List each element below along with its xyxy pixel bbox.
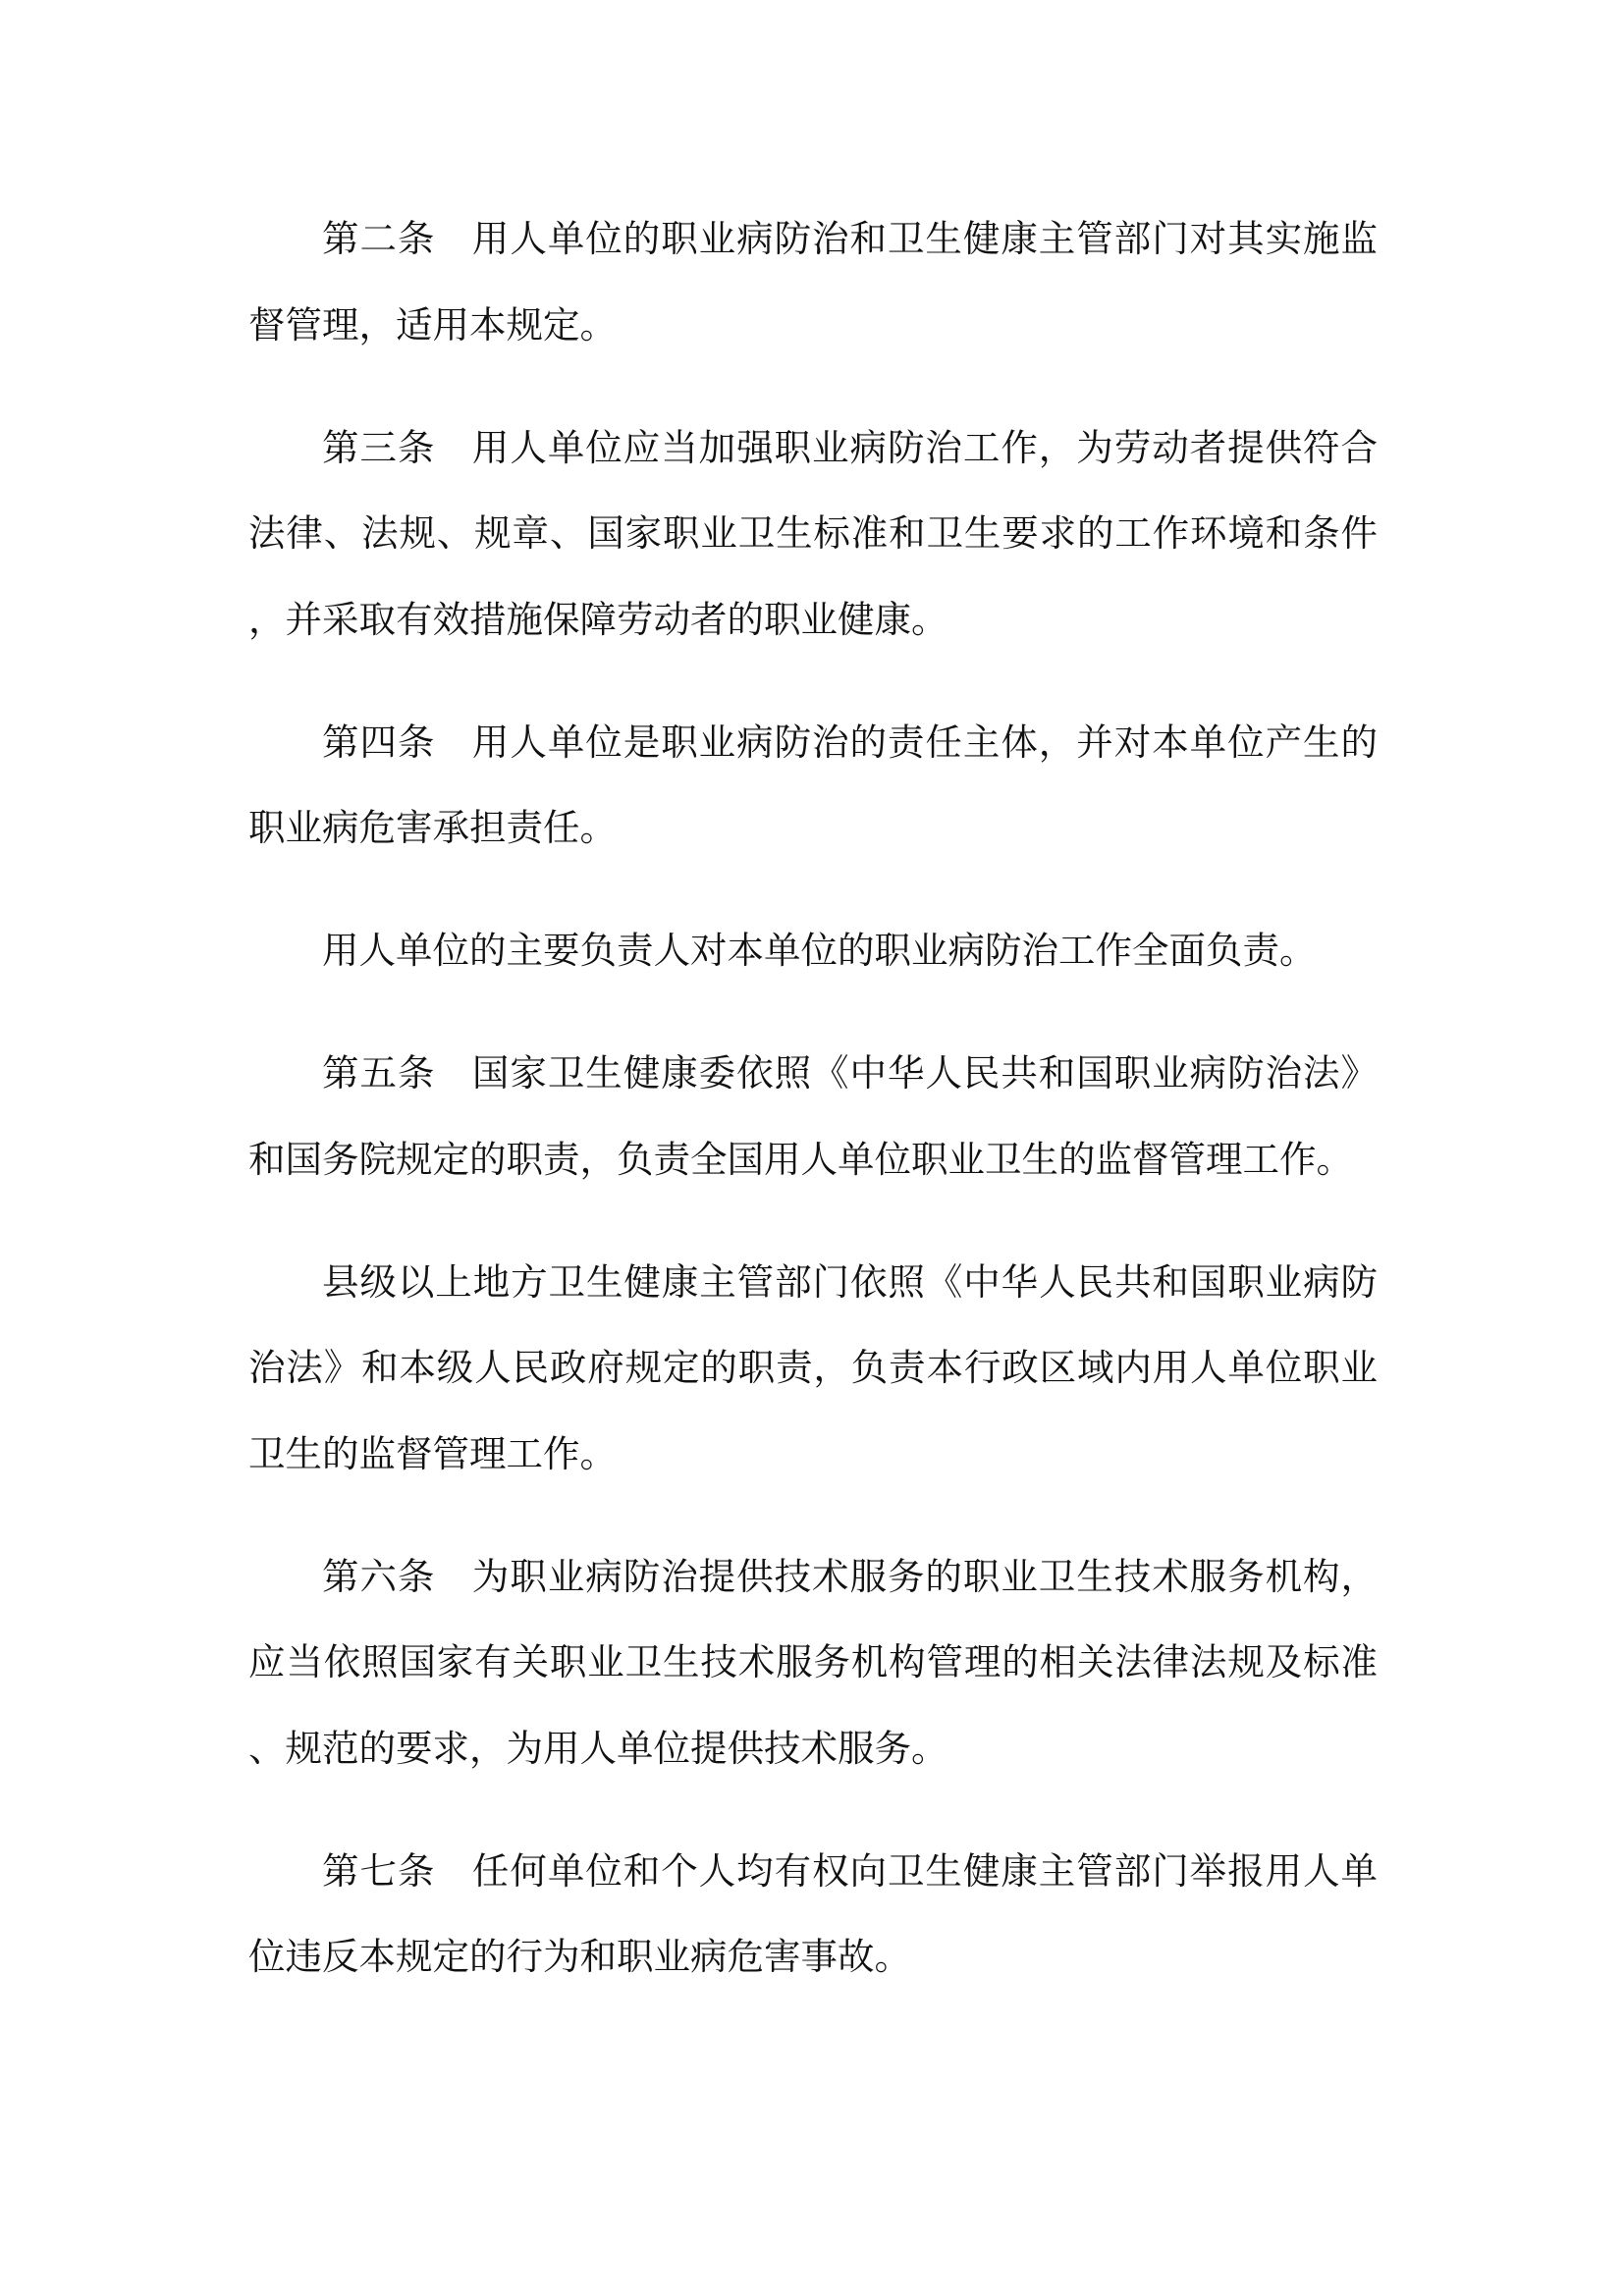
article-number: 第三条 bbox=[322, 426, 435, 469]
article-number: 第四条 bbox=[322, 721, 435, 764]
article-number: 第七条 bbox=[322, 1849, 435, 1893]
article-number: 第五条 bbox=[322, 1051, 435, 1095]
article-7-paragraph: 第七条任何单位和个人均有权向卫生健康主管部门举报用人单位违反本规定的行为和职业病… bbox=[248, 1829, 1378, 2001]
article-number: 第六条 bbox=[322, 1555, 435, 1598]
article-5-paragraph: 第五条国家卫生健康委依照《中华人民共和国职业病防治法》和国务院规定的职责，负责全… bbox=[248, 1031, 1378, 1202]
article-3-paragraph: 第三条用人单位应当加强职业病防治工作，为劳动者提供符合法律、法规、规章、国家职业… bbox=[248, 405, 1378, 664]
document-body: 第二条用人单位的职业病防治和卫生健康主管部门对其实施监督管理，适用本规定。 第三… bbox=[248, 196, 1378, 2037]
article-4-paragraph: 第四条用人单位是职业病防治的责任主体，并对本单位产生的职业病危害承担责任。 bbox=[248, 700, 1378, 872]
article-2-paragraph: 第二条用人单位的职业病防治和卫生健康主管部门对其实施监督管理，适用本规定。 bbox=[248, 196, 1378, 368]
article-4-clause-2-paragraph: 用人单位的主要负责人对本单位的职业病防治工作全面负责。 bbox=[248, 908, 1378, 994]
article-6-paragraph: 第六条为职业病防治提供技术服务的职业卫生技术服务机构，应当依照国家有关职业卫生技… bbox=[248, 1534, 1378, 1792]
clause-text: 县级以上地方卫生健康主管部门依照《中华人民共和国职业病防治法》和本级人民政府规定… bbox=[248, 1260, 1378, 1475]
article-5-clause-2-paragraph: 县级以上地方卫生健康主管部门依照《中华人民共和国职业病防治法》和本级人民政府规定… bbox=[248, 1240, 1378, 1498]
article-number: 第二条 bbox=[322, 217, 435, 260]
document-page: 第二条用人单位的职业病防治和卫生健康主管部门对其实施监督管理，适用本规定。 第三… bbox=[0, 0, 1624, 2296]
clause-text: 用人单位的主要负责人对本单位的职业病防治工作全面负责。 bbox=[322, 929, 1317, 972]
